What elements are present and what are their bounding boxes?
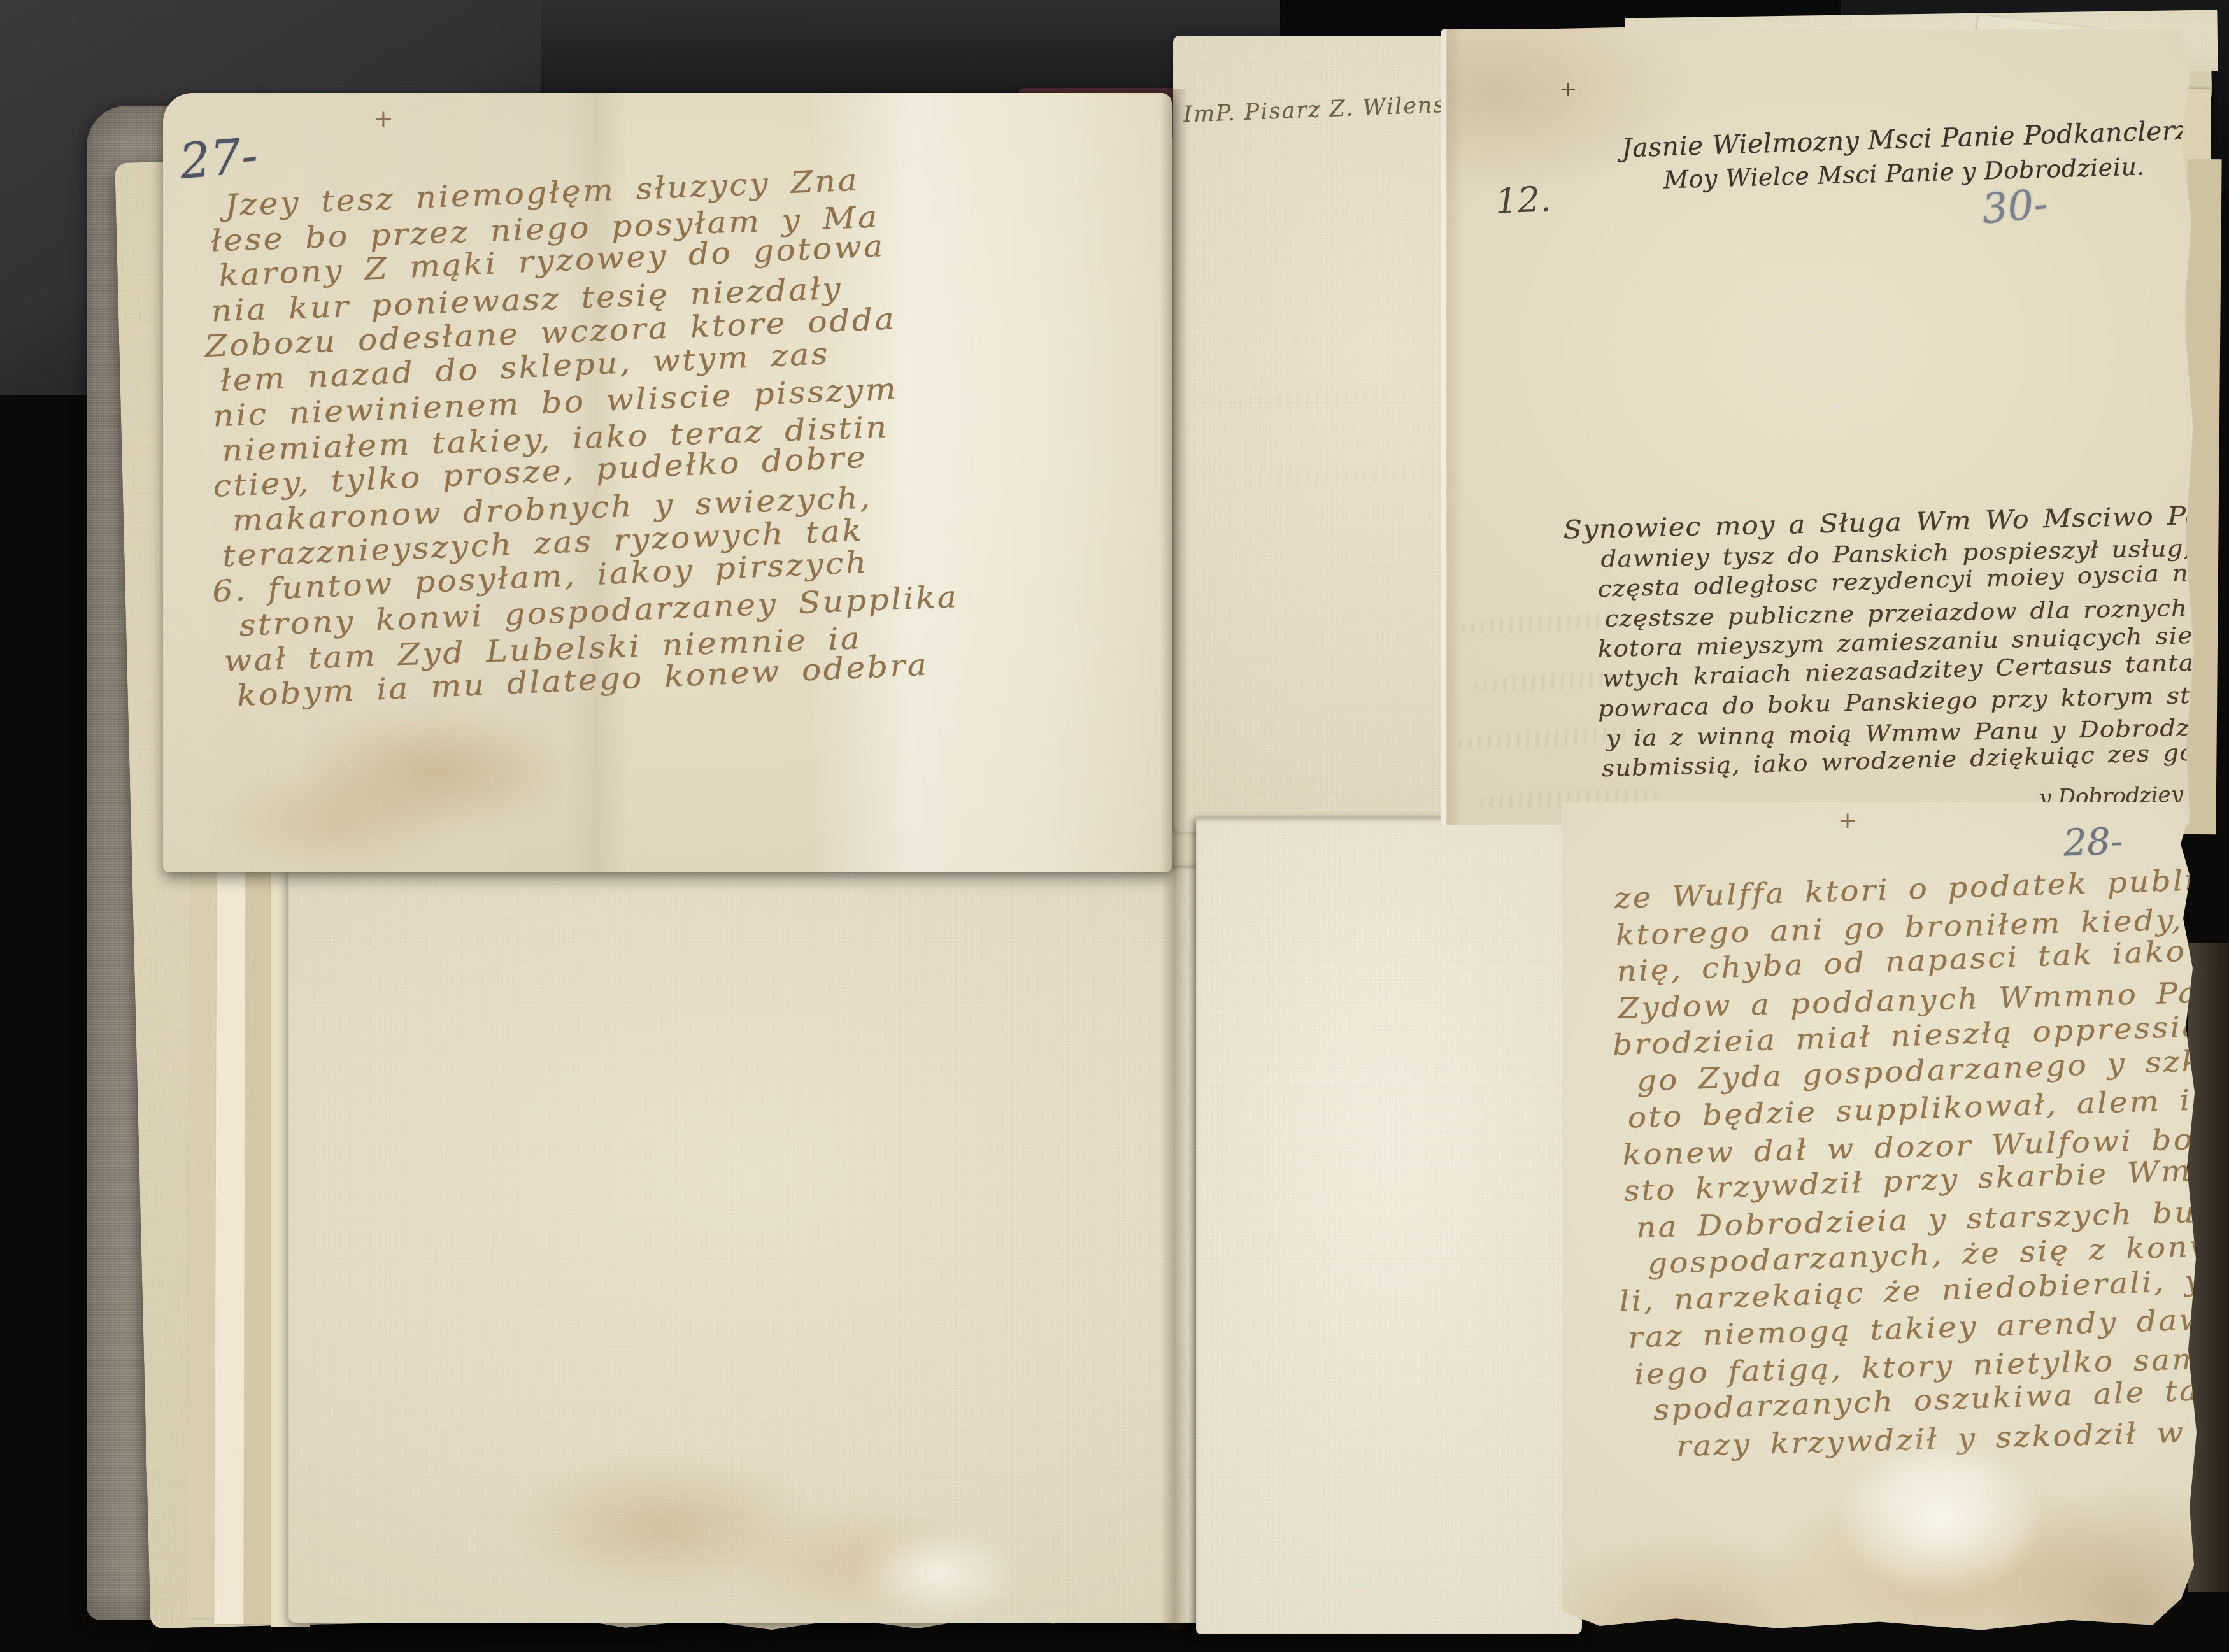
bleedthrough-marks xyxy=(1211,386,1403,415)
pale-stain xyxy=(855,1528,1020,1618)
folio-number-right: 30- xyxy=(1980,181,2049,234)
ink-cross: + xyxy=(1559,76,1577,102)
left-page-text: Jzey tesz niemogłęm słuzycy Znałese bo p… xyxy=(218,158,1002,713)
item-number-ink: 12. xyxy=(1495,178,1552,221)
water-stain xyxy=(220,768,450,870)
right-page-text: Synowiec moy a Sługa Wm Wo Msciwo Pana y… xyxy=(1604,501,2195,784)
ink-cross: + xyxy=(1838,808,1857,834)
ink-cross: + xyxy=(373,104,394,132)
middle-white-sheet xyxy=(1196,818,1582,1634)
folio-number-left: 27- xyxy=(177,127,260,190)
pale-water-stain xyxy=(1835,1439,2046,1599)
lower-right-page-text: ze Wulffa ktori o podatek publiczny, odk… xyxy=(1614,862,2197,1465)
right-letter-page: + Jasnie Wielmozny Msci Panie Podkancler… xyxy=(1441,29,2195,825)
address-caption: ImP. Pisarz Z. Wilenski xyxy=(1183,91,1469,127)
gutter-shadow xyxy=(1160,89,1188,1630)
folio-number-lower-right: 28- xyxy=(2063,819,2124,864)
lower-left-blank-page xyxy=(288,866,1213,1623)
bleedthrough-marks xyxy=(1230,463,1448,490)
manuscript-scan: ImP. Pisarz Z. Wilenski 27- + Jzey tesz … xyxy=(0,0,2229,1652)
lower-right-letter-page: + 28- ze Wulffa ktori o podatek publiczn… xyxy=(1562,802,2197,1632)
left-letter-page: 27- + Jzey tesz niemogłęm słuzycy Znałes… xyxy=(163,93,1172,872)
